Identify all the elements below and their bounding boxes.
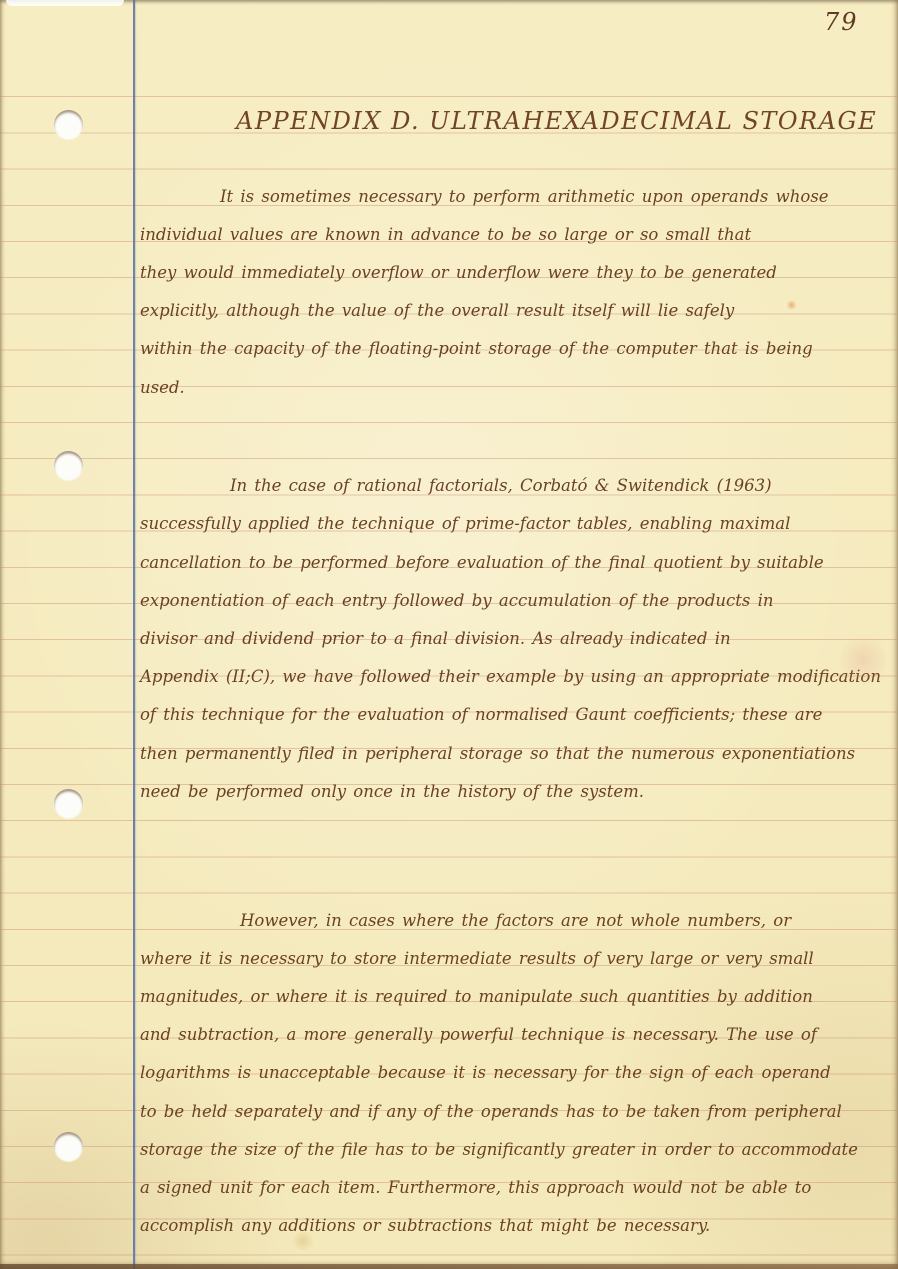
punch-hole	[54, 789, 83, 818]
punch-hole	[54, 110, 83, 139]
handwritten-line: cancellation to be performed before eval…	[140, 535, 888, 573]
page-title: APPENDIX D. ULTRAHEXADECIMAL STORAGE	[236, 107, 877, 135]
page-number: 79	[824, 8, 859, 36]
handwritten-line: In the case of rational factorials, Corb…	[140, 459, 888, 497]
handwritten-line: successfully applied the technique of pr…	[140, 497, 888, 535]
handwritten-line: Appendix (II;C), we have followed their …	[140, 650, 888, 688]
handwritten-line: explicitly, although the value of the ov…	[140, 284, 888, 322]
handwritten-line: logarithms is unacceptable because it is…	[140, 1046, 888, 1084]
handwritten-line: It is sometimes necessary to perform ari…	[140, 169, 888, 207]
punch-hole	[54, 1132, 83, 1161]
margin-line	[133, 0, 135, 1269]
handwritten-line: divisor and dividend prior to a final di…	[140, 612, 888, 650]
handwritten-line: to be held separately and if any of the …	[140, 1084, 888, 1122]
handwritten-line: magnitudes, or where it is required to m…	[140, 970, 888, 1008]
notebook-page: 79 APPENDIX D. ULTRAHEXADECIMAL STORAGE …	[0, 0, 898, 1269]
handwritten-line: storage the size of the file has to be s…	[140, 1123, 888, 1161]
paper-edge-notch	[6, 0, 124, 6]
handwritten-line: a signed unit for each item. Furthermore…	[140, 1161, 888, 1199]
paper-bottom-edge	[0, 1264, 898, 1269]
handwritten-line: and subtraction, a more generally powerf…	[140, 1008, 888, 1046]
handwritten-line: then permanently filed in peripheral sto…	[140, 726, 888, 764]
handwritten-line: individual values are known in advance t…	[140, 208, 888, 246]
handwritten-line: within the capacity of the floating-poin…	[140, 322, 888, 360]
punch-hole	[54, 451, 83, 480]
handwritten-line: used.	[140, 360, 888, 398]
paragraph-intro: It is sometimes necessary to perform ari…	[140, 169, 888, 398]
paragraph-limitations: However, in cases where the factors are …	[140, 893, 888, 1237]
paragraph-rational-factorials: In the case of rational factorials, Corb…	[140, 459, 888, 803]
handwritten-line: they would immediately overflow or under…	[140, 246, 888, 284]
handwritten-line: accomplish any additions or subtractions…	[140, 1199, 888, 1237]
handwritten-line: where it is necessary to store intermedi…	[140, 932, 888, 970]
handwritten-line: of this technique for the evaluation of …	[140, 688, 888, 726]
handwritten-line: exponentiation of each entry followed by…	[140, 574, 888, 612]
handwritten-line: need be performed only once in the histo…	[140, 765, 888, 803]
handwritten-line: However, in cases where the factors are …	[140, 893, 888, 931]
